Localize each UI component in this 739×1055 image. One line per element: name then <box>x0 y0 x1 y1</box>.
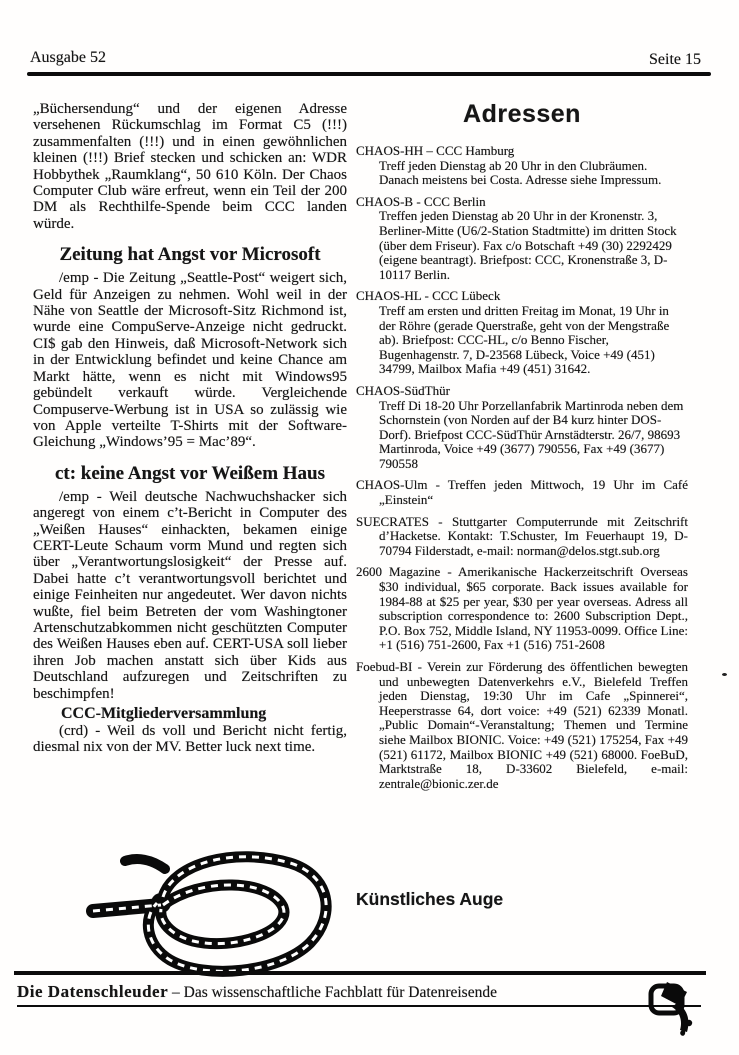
entry-label: CHAOS-B - CCC Berlin <box>356 195 688 210</box>
noose-rope-illustration <box>85 845 341 981</box>
entry-body: Treff jeden Dienstag ab 20 Uhr in den Cl… <box>356 159 688 188</box>
kuenstliches-auge-heading: Künstliches Auge <box>356 889 503 910</box>
entry-label: Foebud-BI - <box>356 659 422 674</box>
magazine-tagline: – Das wissenschaftliche Fachblatt für Da… <box>172 984 497 1001</box>
address-entry-2600-magazine: 2600 Magazine - Amerikanische Hackerzeit… <box>356 565 688 653</box>
left-column: „Büchersendung“ und der eigenen Adresse … <box>33 101 347 756</box>
entry-label: CHAOS-Ulm - <box>356 477 440 492</box>
article-heading-microsoft: Zeitung hat Angst vor Microsoft <box>33 244 347 265</box>
note-body: (crd) - Weil ds voll und Bericht nicht f… <box>33 723 347 756</box>
address-entry-chaos-suedthuer: CHAOS-SüdThür Treff Di 18-20 Uhr Porzell… <box>356 384 688 472</box>
entry-label: CHAOS-HH – CCC Hamburg <box>356 144 688 159</box>
entry-body: Verein zur Förderung des öffentlichen be… <box>379 659 688 791</box>
address-entry-chaos-b: CHAOS-B - CCC Berlin Treffen jeden Diens… <box>356 195 688 283</box>
address-entry-chaos-hh: CHAOS-HH – CCC Hamburg Treff jeden Diens… <box>356 144 688 188</box>
entry-body: Treffen jeden Dienstag ab 20 Uhr in der … <box>356 209 688 282</box>
issue-label: Ausgabe 52 <box>30 49 106 67</box>
entry-label: CHAOS-SüdThür <box>356 384 688 399</box>
entry-body: Treff am ersten und dritten Freitag im M… <box>356 304 688 377</box>
magazine-page: Ausgabe 52 Seite 15 „Büchersendung“ und … <box>0 0 739 1055</box>
address-entry-chaos-ulm: CHAOS-Ulm - Treffen jeden Mittwoch, 19 U… <box>356 478 688 507</box>
page-number: Seite 15 <box>649 51 701 69</box>
right-column: Adressen CHAOS-HH – CCC Hamburg Treff je… <box>356 100 688 798</box>
entry-body: Treff Di 18-20 Uhr Porzellanfabrik Marti… <box>356 399 688 472</box>
address-entry-foebud-bi: Foebud-BI - Verein zur Förderung des öff… <box>356 660 688 791</box>
article-body-ct: /emp - Weil deutsche Nachwuchshacker sic… <box>33 489 347 702</box>
entry-label: CHAOS-HL - CCC Lübeck <box>356 289 688 304</box>
intro-paragraph: „Büchersendung“ und der eigenen Adresse … <box>33 101 347 232</box>
article-heading-ct: ct: keine Angst vor Weißem Haus <box>33 463 347 484</box>
addresses-title: Adressen <box>356 100 688 129</box>
header-rule <box>27 72 711 76</box>
address-entry-suecrates: SUECRATES - Stuttgarter Computerrunde mi… <box>356 515 688 559</box>
datenschleuder-logo-icon <box>648 979 702 1037</box>
magazine-brand: Die Datenschleuder <box>17 982 168 1001</box>
article-body-microsoft: /emp - Die Zeitung „Seattle-Post“ weiger… <box>33 270 347 450</box>
entry-label: 2600 Magazine - <box>356 564 452 579</box>
entry-label: SUECRATES - <box>356 514 443 529</box>
footer-rule-top <box>14 971 706 975</box>
footer-rule-bottom <box>17 1005 701 1007</box>
address-entry-chaos-hl: CHAOS-HL - CCC Lübeck Treff am ersten un… <box>356 289 688 377</box>
footer-line: Die Datenschleuder – Das wissenschaftlic… <box>17 982 497 1002</box>
note-heading: CCC-Mitgliederversammlung <box>33 705 347 723</box>
scan-speck <box>722 673 727 676</box>
